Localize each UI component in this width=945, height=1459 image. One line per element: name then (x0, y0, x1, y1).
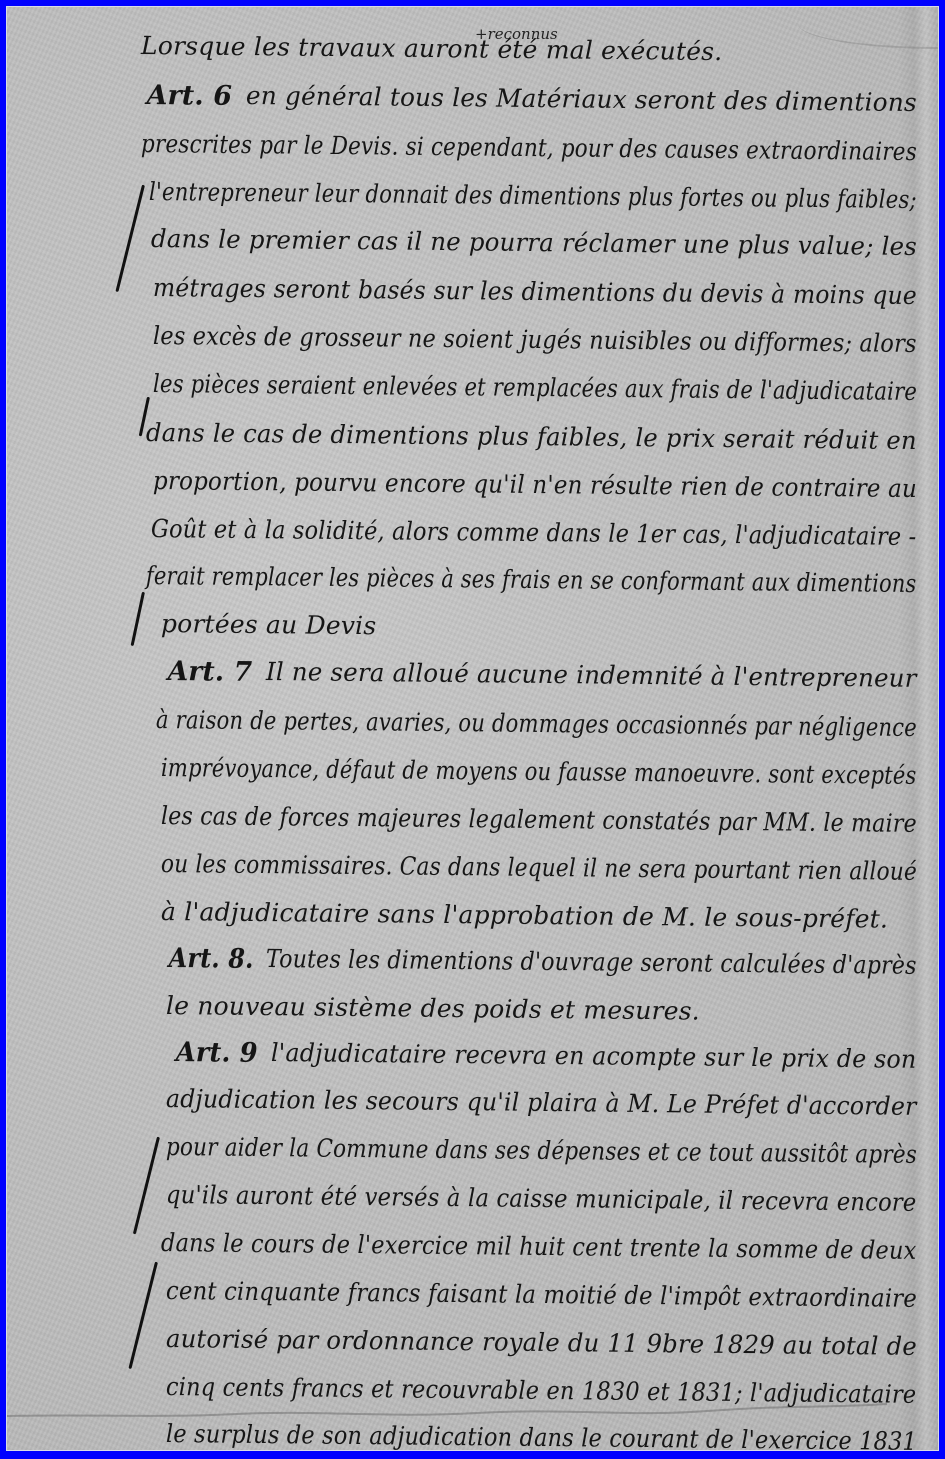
article-number: Art. 9 (176, 1037, 258, 1069)
line-text: imprévoyance, défaut de moyens ou fausse… (161, 753, 917, 790)
article-number: Art. 8. (169, 943, 254, 975)
line-text: les excès de grosseur ne soient jugés nu… (153, 321, 917, 358)
article-number: Art. 6 (146, 80, 232, 112)
line-text: le surplus de son adjudication dans le c… (166, 1419, 917, 1451)
manuscript-line: métrages seront basés sur les dimentions… (153, 273, 917, 310)
line-text: les cas de forces majeures legalement co… (161, 801, 917, 838)
line-text: prescrites par le Devis. si cependant, p… (141, 129, 917, 166)
line-text: cinq cents francs et recouvrable en 1830… (166, 1372, 917, 1409)
line-text: autorisé par ordonnance royale du 11 9br… (166, 1324, 917, 1361)
manuscript-line: à raison de pertes, avaries, ou dommages… (156, 705, 917, 742)
line-text: dans le premier cas il ne pourra réclame… (151, 224, 917, 261)
manuscript-line: cent cinquante francs faisant la moitié … (166, 1276, 917, 1313)
line-text: pour aider la Commune dans ses dépenses … (166, 1132, 917, 1169)
manuscript-line: Lorsque les travaux auront été mal exécu… (141, 31, 723, 66)
manuscript-page: +reconnus Lorsque les travaux auront été… (6, 6, 939, 1451)
line-text: portées au Devis (161, 609, 377, 640)
line-text: Il ne sera alloué aucune indemnité à l'e… (266, 657, 917, 693)
manuscript-line: le nouveau sistème des poids et mesures. (166, 991, 700, 1026)
manuscript-line: dans le cours de l'exercice mil huit cen… (161, 1228, 917, 1265)
line-text: en général tous les Matériaux seront des… (246, 81, 917, 117)
line-text: à l'adjudicataire sans l'approbation de … (161, 897, 888, 934)
line-text: Lorsque les travaux auront été mal exécu… (141, 31, 723, 66)
line-text: cent cinquante francs faisant la moitié … (166, 1276, 917, 1313)
line-text: métrages seront basés sur les dimentions… (153, 273, 917, 310)
manuscript-line: le surplus de son adjudication dans le c… (166, 1419, 917, 1451)
manuscript-line: les cas de forces majeures legalement co… (161, 801, 917, 838)
manuscript-line: pour aider la Commune dans ses dépenses … (166, 1132, 917, 1169)
manuscript-line: les pièces seraient enlevées et remplacé… (153, 369, 917, 406)
manuscript-line: portées au Devis (161, 609, 377, 640)
line-text: adjudication les secours qu'il plaira à … (166, 1084, 917, 1121)
line-text: les pièces seraient enlevées et remplacé… (153, 369, 917, 406)
manuscript-line: Art. 7Il ne sera alloué aucune indemnité… (266, 657, 917, 693)
manuscript-line: ferait remplacer les pièces à ses frais … (146, 561, 917, 598)
manuscript-line: Art. 6en général tous les Matériaux sero… (246, 81, 917, 117)
manuscript-line: imprévoyance, défaut de moyens ou fausse… (161, 753, 917, 790)
manuscript-line: à l'adjudicataire sans l'approbation de … (161, 897, 888, 934)
line-text: à raison de pertes, avaries, ou dommages… (156, 705, 917, 742)
manuscript-line: autorisé par ordonnance royale du 11 9br… (166, 1324, 917, 1361)
manuscript-line: les excès de grosseur ne soient jugés nu… (153, 321, 917, 358)
manuscript-line: cinq cents francs et recouvrable en 1830… (166, 1372, 917, 1409)
manuscript-line: dans le cas de dimentions plus faibles, … (146, 418, 917, 455)
line-text: l'entrepreneur leur donnait des dimentio… (149, 177, 917, 214)
line-text: ferait remplacer les pièces à ses frais … (146, 561, 917, 598)
manuscript-line: Art. 8.Toutes les dimentions d'ouvrage s… (266, 944, 917, 980)
line-text: Goût et à la solidité, alors comme dans … (151, 514, 917, 551)
line-text: ou les commissaires. Cas dans lequel il … (161, 849, 917, 886)
manuscript-line: Art. 9l'adjudicataire recevra en acompte… (271, 1038, 917, 1074)
manuscript-line: Goût et à la solidité, alors comme dans … (151, 514, 917, 551)
manuscript-line: l'entrepreneur leur donnait des dimentio… (149, 177, 917, 214)
line-text: proportion, pourvu encore qu'il n'en rés… (153, 466, 917, 503)
line-text: dans le cas de dimentions plus faibles, … (146, 418, 917, 455)
manuscript-line: dans le premier cas il ne pourra réclame… (151, 224, 917, 261)
manuscript-line: proportion, pourvu encore qu'il n'en rés… (153, 466, 917, 503)
line-text: l'adjudicataire recevra en acompte sur l… (271, 1038, 917, 1074)
line-text: dans le cours de l'exercice mil huit cen… (161, 1228, 917, 1265)
article-number: Art. 7 (168, 656, 253, 688)
manuscript-line: prescrites par le Devis. si cependant, p… (141, 129, 917, 166)
manuscript-line: adjudication les secours qu'il plaira à … (166, 1084, 917, 1121)
line-text: Toutes les dimentions d'ouvrage seront c… (266, 944, 917, 980)
line-text: le nouveau sistème des poids et mesures. (166, 991, 700, 1026)
manuscript-line: qu'ils auront été versés à la caisse mun… (166, 1180, 917, 1217)
manuscript-line: ou les commissaires. Cas dans lequel il … (161, 849, 917, 886)
line-text: qu'ils auront été versés à la caisse mun… (166, 1180, 917, 1217)
manuscript-text: Lorsque les travaux auront été mal exécu… (7, 7, 938, 1450)
